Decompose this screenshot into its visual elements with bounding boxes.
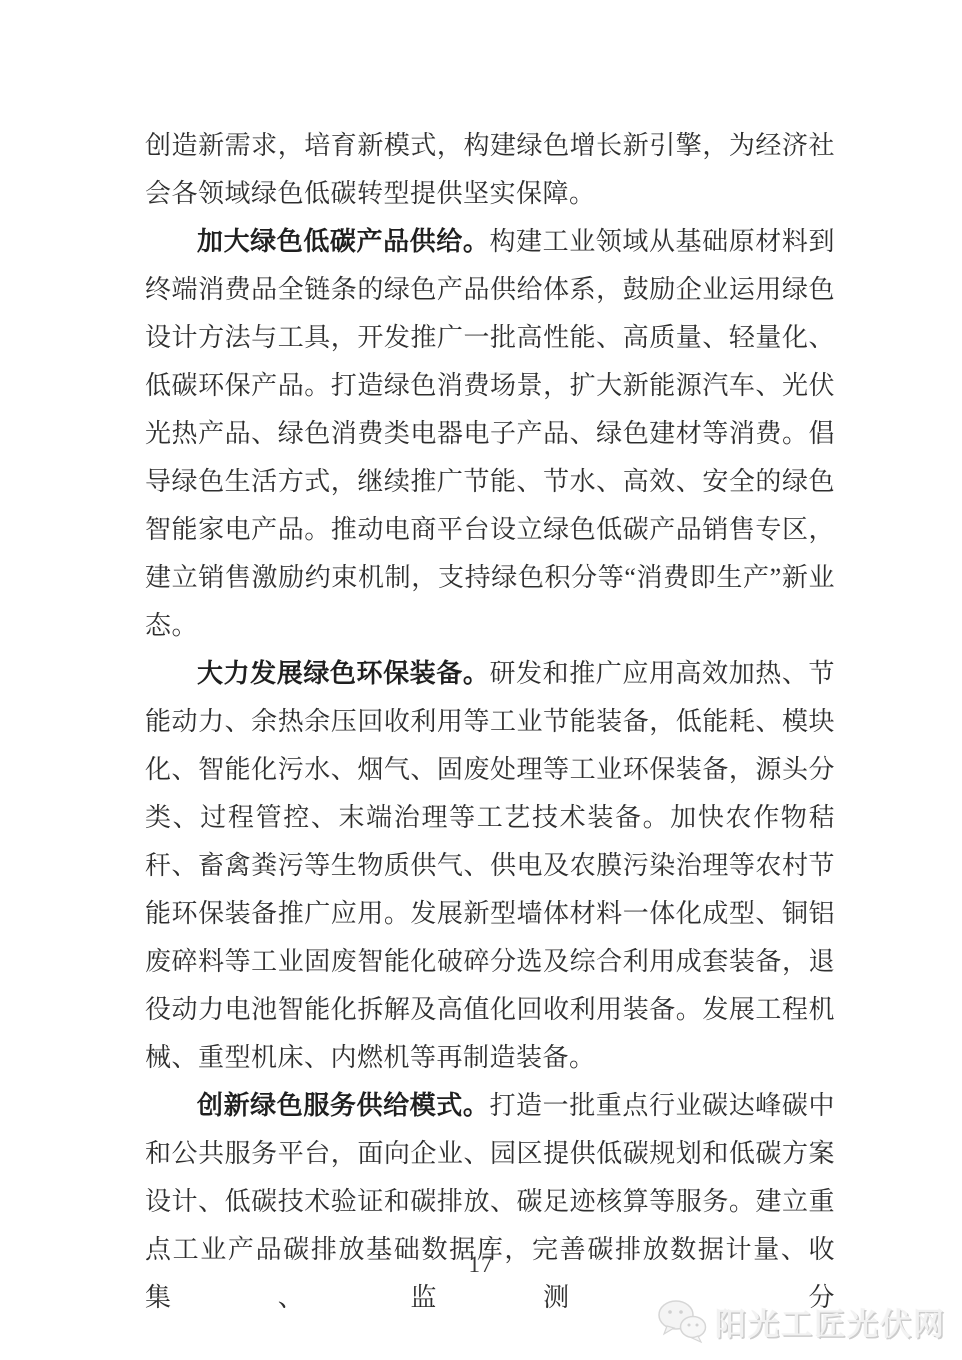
paragraph-text: 构建工业领域从基础原材料到终端消费品全链条的绿色产品供给体系，鼓励企业运用绿色设…: [145, 227, 835, 640]
paragraph-lead: 大力发展绿色环保装备。: [197, 659, 489, 688]
paragraph: 加大绿色低碳产品供给。构建工业领域从基础原材料到终端消费品全链条的绿色产品供给体…: [145, 218, 835, 650]
paragraph: 创造新需求，培育新模式，构建绿色增长新引擎，为经济社会各领域绿色低碳转型提供坚实…: [145, 122, 835, 218]
paragraph: 大力发展绿色环保装备。研发和推广应用高效加热、节能动力、余热余压回收利用等工业节…: [145, 650, 835, 1082]
watermark-text: 阳光工匠光伏网: [715, 1299, 946, 1344]
wechat-icon: [657, 1298, 707, 1344]
document-page: 创造新需求，培育新模式，构建绿色增长新引擎，为经济社会各领域绿色低碳转型提供坚实…: [0, 0, 962, 1360]
watermark: 阳光工匠光伏网: [657, 1298, 946, 1344]
page-footer: 17: [0, 1252, 962, 1278]
document-body: 创造新需求，培育新模式，构建绿色增长新引擎，为经济社会各领域绿色低碳转型提供坚实…: [145, 122, 835, 1322]
paragraph-text: 创造新需求，培育新模式，构建绿色增长新引擎，为经济社会各领域绿色低碳转型提供坚实…: [145, 131, 835, 208]
paragraph-lead: 创新绿色服务供给模式。: [197, 1091, 489, 1120]
paragraph-text: 研发和推广应用高效加热、节能动力、余热余压回收利用等工业节能装备，低能耗、模块化…: [145, 659, 835, 1072]
paragraph-text: 打造一批重点行业碳达峰碳中和公共服务平台，面向企业、园区提供低碳规划和低碳方案设…: [145, 1091, 835, 1312]
page-number: 17: [469, 1252, 494, 1277]
paragraph-lead: 加大绿色低碳产品供给。: [197, 227, 489, 256]
paragraph: 创新绿色服务供给模式。打造一批重点行业碳达峰碳中和公共服务平台，面向企业、园区提…: [145, 1082, 835, 1322]
